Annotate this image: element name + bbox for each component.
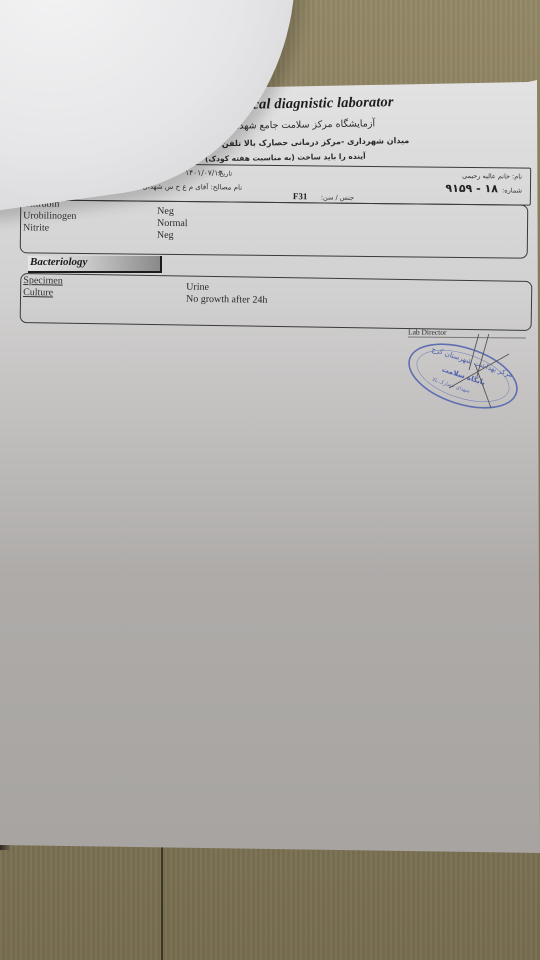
section-title: Bacteriology [30,256,87,268]
test-result: Urine [186,282,209,293]
test-name: Nitrite [23,222,49,233]
test-result: Neg [157,230,174,241]
lab-stamp-with-signature: مرکز بهداشت شهرستان کرج پایگاه سلامت شهد… [405,334,523,416]
test-name: Urobilinogen [23,210,76,222]
sex-age-label: جنس / سن: [321,193,354,201]
patient-number: ۱۸ - ۹۱۵۹ [445,182,498,196]
report-date: ۱۴۰۱/۰۷/۱۳ [185,168,222,177]
test-result: Neg [157,206,174,217]
bacteriology-results-box: Specimen Culture Urine No growth after 2… [20,273,533,331]
urinalysis-results-box: Bilirubin Urobilinogen Nitrite Neg Norma… [20,199,529,258]
patient-number-label: شماره: [502,186,522,194]
sex-age-value: F31 [293,191,308,201]
bacteriology-section-header: Bacteriology [28,256,162,273]
patient-name: نام: خانم عالیه رحیمی [462,172,522,181]
test-result: No growth after 24h [186,294,268,306]
header-line-3: آینده را باید ساخت (به مناسبت هفته کودک) [205,152,366,164]
test-name: Culture [23,287,53,298]
test-result: Normal [157,218,188,229]
test-name: Specimen [23,275,63,287]
